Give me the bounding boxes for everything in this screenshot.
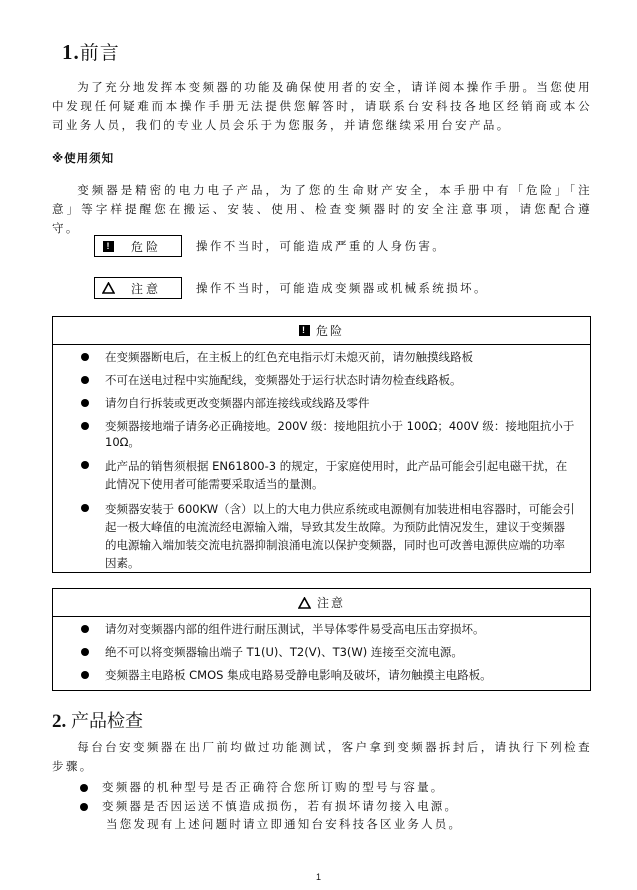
section-2-intro: 每台台安变频器在出厂前均做过功能测试，客户拿到变频器拆封后，请执行下列检查步骤。 xyxy=(52,738,592,776)
bullet-icon xyxy=(81,504,89,512)
danger-item: 变频器接地端子请务必正确接地。200V 级：接地阻抗小于 100Ω；400V 级… xyxy=(53,418,590,450)
bullet-icon xyxy=(81,671,89,679)
danger-item: 不可在送电过程中实施配线，变频器处于运行状态时请勿检查线路板。 xyxy=(53,372,590,388)
section-2-number: 2. xyxy=(52,711,66,732)
danger-box: ! 危险 在变频器断电后，在主板上的红色充电指示灯未熄灭前，请勿触摸线路板 不可… xyxy=(52,316,591,573)
bullet-icon xyxy=(81,625,89,633)
danger-item: 变频器安装于 600KW（含）以上的大电力供应系统或电源侧有加装进相电容器时，可… xyxy=(53,500,590,572)
bullet-icon xyxy=(81,353,89,361)
bullet-icon xyxy=(81,648,89,656)
danger-box-title: 危险 xyxy=(316,322,344,339)
caution-list: 请勿对变频器内部的组件进行耐压测试，半导体零件易受高电压击穿损坏。 绝不可以将变… xyxy=(53,617,590,683)
legend-danger-label: 危险 xyxy=(131,238,161,255)
section-2-title: 产品检查 xyxy=(71,711,143,732)
danger-item: 此产品的销售须根据 EN61800-3 的规定，于家庭使用时，此产品可能会引起电… xyxy=(53,457,590,493)
legend-caution-text: 操作不当时，可能造成变频器或机械系统损坏。 xyxy=(196,280,488,296)
check-item: 变频器的机种型号是否正确符合您所订购的型号与容量。 xyxy=(52,778,592,797)
caution-box-header: 注意 xyxy=(53,589,590,617)
bullet-icon xyxy=(81,376,89,384)
caution-item: 变频器主电路板 CMOS 集成电路易受静电影响及破坏，请勿触摸主电路板。 xyxy=(53,667,590,683)
bullet-icon xyxy=(80,784,88,792)
section-1-title: 前言 xyxy=(80,42,120,64)
section-2-heading: 2. 产品检查 xyxy=(52,707,143,733)
legend-caution-label: 注意 xyxy=(131,280,161,297)
check-item: 变频器是否因运送不慎造成损伤，若有损坏请勿接入电源。 xyxy=(52,797,592,816)
danger-item: 在变频器断电后，在主板上的红色充电指示灯未熄灭前，请勿触摸线路板 xyxy=(53,349,590,365)
notice-paragraph: 变频器是精密的电力电子产品，为了您的生命财产安全，本手册中有「危险」「注意」等字… xyxy=(52,181,592,238)
check-note: 当您发现有上述问题时请立即通知台安科技各区业务人员。 xyxy=(106,815,462,834)
exclamation-icon: ! xyxy=(299,325,310,336)
legend-caution-box: 注意 xyxy=(94,277,182,299)
page-number: 1 xyxy=(0,872,637,882)
notice-heading: ※使用须知 xyxy=(52,150,114,166)
bullet-icon xyxy=(81,422,89,430)
caution-item: 请勿对变频器内部的组件进行耐压测试，半导体零件易受高电压击穿损坏。 xyxy=(53,621,590,637)
caution-item: 绝不可以将变频器输出端子 T1(U)、T2(V)、T3(W) 连接至交流电源。 xyxy=(53,644,590,660)
bullet-icon xyxy=(80,803,88,811)
legend-danger-box: ! 危险 xyxy=(94,235,182,257)
intro-paragraph: 为了充分地发挥本变频器的功能及确保使用者的安全，请详阅本操作手册。当您使用中发现… xyxy=(52,78,592,135)
caution-box-title: 注意 xyxy=(317,594,345,611)
bullet-icon xyxy=(81,461,89,469)
danger-box-header: ! 危险 xyxy=(53,317,590,345)
danger-item: 请勿自行拆装或更改变频器内部连接线或线路及零件 xyxy=(53,395,590,411)
section-1-heading: 1.前言 xyxy=(62,38,120,65)
section-1-number: 1. xyxy=(62,40,80,64)
caution-box: 注意 请勿对变频器内部的组件进行耐压测试，半导体零件易受高电压击穿损坏。 绝不可… xyxy=(52,588,591,691)
exclamation-icon: ! xyxy=(101,241,115,252)
legend-danger: ! 危险 操作不当时，可能造成严重的人身伤害。 xyxy=(94,234,446,258)
danger-list: 在变频器断电后，在主板上的红色充电指示灯未熄灭前，请勿触摸线路板 不可在送电过程… xyxy=(53,345,590,572)
warning-triangle-icon xyxy=(101,282,115,294)
check-list: 变频器的机种型号是否正确符合您所订购的型号与容量。 变频器是否因运送不慎造成损伤… xyxy=(52,778,592,816)
bullet-icon xyxy=(81,399,89,407)
warning-triangle-icon xyxy=(298,597,311,609)
legend-danger-text: 操作不当时，可能造成严重的人身伤害。 xyxy=(196,238,446,254)
legend-caution: 注意 操作不当时，可能造成变频器或机械系统损坏。 xyxy=(94,276,488,300)
